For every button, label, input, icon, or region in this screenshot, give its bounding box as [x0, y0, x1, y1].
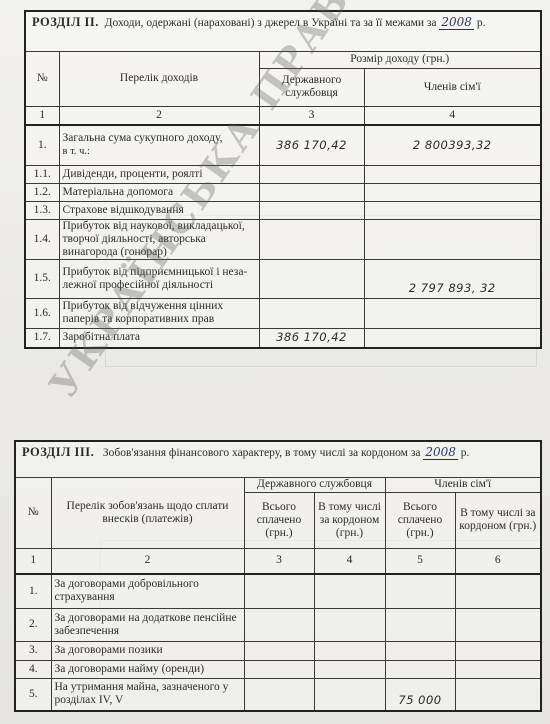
- section-2-year: 2008: [439, 15, 474, 30]
- col-header-abroad: В тому числі за кордоном (грн.): [455, 492, 541, 548]
- family-income-value[interactable]: 2 800393,32: [364, 125, 541, 165]
- col-index: 4: [364, 106, 541, 125]
- official-income-value[interactable]: [259, 298, 364, 328]
- row-label: Прибуток від підприємницької і неза-лежн…: [59, 259, 259, 298]
- col-index: 6: [455, 548, 541, 574]
- section-3-table: РОЗДІЛ III. Зобов'язання фінансового хар…: [14, 440, 542, 712]
- row-num: 1.7.: [25, 328, 59, 348]
- cell-value[interactable]: 75 000: [385, 678, 455, 711]
- col-header-num: №: [25, 51, 59, 106]
- row-label: За договорами позики: [51, 641, 244, 660]
- row-num: 4.: [15, 660, 51, 678]
- section-3-title-text: Зобов'язання фінансового характеру, в то…: [103, 447, 421, 459]
- family-income-value[interactable]: [364, 328, 541, 348]
- col-index: 4: [314, 548, 385, 574]
- col-header-total-paid: Всього сплачено (грн.): [385, 492, 455, 548]
- cell-value[interactable]: [455, 660, 541, 678]
- table-row: 1. За договорами добровільного страхуван…: [15, 574, 541, 608]
- cell-value[interactable]: [385, 641, 455, 660]
- col-header-num: №: [15, 477, 51, 548]
- col-index: 2: [51, 548, 244, 574]
- row-num: 3.: [15, 641, 51, 660]
- col-header-amount: Розмір доходу (грн.): [259, 51, 541, 68]
- col-index: 3: [244, 548, 314, 574]
- row-num: 1.6.: [25, 298, 59, 328]
- official-income-value[interactable]: 386 170,42: [259, 328, 364, 348]
- col-index: 2: [59, 106, 259, 125]
- col-header-total-paid: Всього сплачено (грн.): [244, 492, 314, 548]
- row-label: Страхове відшкодування: [59, 201, 259, 219]
- table-row: 2. За договорами на додаткове пенсійне з…: [15, 608, 541, 641]
- cell-value[interactable]: [314, 608, 385, 641]
- row-label: За договорами добровільного страхування: [51, 574, 244, 608]
- table-row: 1.3. Страхове відшкодування: [25, 201, 541, 219]
- row-label: Дивіденди, проценти, роялті: [59, 165, 259, 183]
- cell-value[interactable]: [244, 641, 314, 660]
- row-label: За договорами найму (оренди): [51, 660, 244, 678]
- official-income-value[interactable]: [259, 259, 364, 298]
- section-3-title: РОЗДІЛ III. Зобов'язання фінансового хар…: [15, 441, 541, 477]
- row-num: 1.: [15, 574, 51, 608]
- cell-value[interactable]: [314, 678, 385, 711]
- row-label: Загальна сума сукупного доходу,в т. ч.:: [59, 125, 259, 165]
- cell-value[interactable]: [244, 678, 314, 711]
- cell-value[interactable]: [244, 660, 314, 678]
- row-label: Прибуток від відчуження цінних паперів т…: [59, 298, 259, 328]
- table-row: 1.7. Заробітна плата 386 170,42: [25, 328, 541, 348]
- table-row: 1. Загальна сума сукупного доходу,в т. ч…: [25, 125, 541, 165]
- cell-value[interactable]: [455, 574, 541, 608]
- section-2-title-text: Доходи, одержані (нараховані) з джерел в…: [105, 17, 437, 29]
- cell-value[interactable]: [314, 641, 385, 660]
- table-row: 5. На утримання майна, зазначеного у роз…: [15, 678, 541, 711]
- table-row: 4. За договорами найму (оренди): [15, 660, 541, 678]
- row-num: 2.: [15, 608, 51, 641]
- official-income-value[interactable]: 386 170,42: [259, 125, 364, 165]
- row-num: 1.2.: [25, 183, 59, 201]
- col-header-list: Перелік зобов'язань щодо сплати внесків …: [51, 477, 244, 548]
- row-label: Прибуток від наукової, викладацької, тво…: [59, 219, 259, 259]
- table-row: 1.1. Дивіденди, проценти, роялті: [25, 165, 541, 183]
- section-3-heading: РОЗДІЛ III.: [22, 445, 94, 459]
- official-income-value[interactable]: [259, 201, 364, 219]
- col-header-abroad: В тому числі за кордоном (грн.): [314, 492, 385, 548]
- table-row: 1.5. Прибуток від підприємницької і неза…: [25, 259, 541, 298]
- col-index: 3: [259, 106, 364, 125]
- col-header-family-group: Членів сім'ї: [385, 477, 541, 492]
- cell-value[interactable]: [314, 574, 385, 608]
- cell-value[interactable]: [455, 641, 541, 660]
- family-income-value[interactable]: 2 797 893, 32: [364, 259, 541, 298]
- col-header-official: Державного службовця: [259, 68, 364, 106]
- row-num: 1.1.: [25, 165, 59, 183]
- row-num: 1.5.: [25, 259, 59, 298]
- col-index: 1: [15, 548, 51, 574]
- row-num: 1.4.: [25, 219, 59, 259]
- cell-value[interactable]: [385, 608, 455, 641]
- cell-value[interactable]: [455, 608, 541, 641]
- year-suffix: р.: [477, 17, 486, 29]
- year-suffix: р.: [461, 447, 470, 459]
- family-income-value[interactable]: [364, 219, 541, 259]
- col-header-family: Членів сім'ї: [364, 68, 541, 106]
- cell-value[interactable]: [244, 574, 314, 608]
- row-num: 5.: [15, 678, 51, 711]
- row-label: За договорами на додаткове пенсійне забе…: [51, 608, 244, 641]
- section-3-year: 2008: [423, 445, 458, 460]
- row-label: Матеріальна допомога: [59, 183, 259, 201]
- cell-value[interactable]: [244, 608, 314, 641]
- section-2-heading: РОЗДІЛ II.: [32, 15, 99, 29]
- col-header-list: Перелік доходів: [59, 51, 259, 106]
- row-num: 1.: [25, 125, 59, 165]
- row-num: 1.3.: [25, 201, 59, 219]
- family-income-value[interactable]: [364, 298, 541, 328]
- cell-value[interactable]: [385, 660, 455, 678]
- cell-value[interactable]: [385, 574, 455, 608]
- col-header-official-group: Державного службовця: [244, 477, 385, 492]
- table-row: 1.2. Матеріальна допомога: [25, 183, 541, 201]
- col-index: 5: [385, 548, 455, 574]
- section-2-title: РОЗДІЛ II. Доходи, одержані (нараховані)…: [25, 11, 541, 51]
- row-label: На утримання майна, зазначеного у розділ…: [51, 678, 244, 711]
- family-income-value[interactable]: [364, 183, 541, 201]
- cell-value[interactable]: [455, 678, 541, 711]
- table-row: 1.4. Прибуток від наукової, викладацької…: [25, 219, 541, 259]
- official-income-value[interactable]: [259, 165, 364, 183]
- official-income-value[interactable]: [259, 183, 364, 201]
- table-row: 1.6. Прибуток від відчуження цінних папе…: [25, 298, 541, 328]
- family-income-value[interactable]: [364, 201, 541, 219]
- row-label: Заробітна плата: [59, 328, 259, 348]
- table-row: 3. За договорами позики: [15, 641, 541, 660]
- section-2-table: РОЗДІЛ II. Доходи, одержані (нараховані)…: [24, 10, 542, 349]
- cell-value[interactable]: [314, 660, 385, 678]
- col-index: 1: [25, 106, 59, 125]
- official-income-value[interactable]: [259, 219, 364, 259]
- family-income-value[interactable]: [364, 165, 541, 183]
